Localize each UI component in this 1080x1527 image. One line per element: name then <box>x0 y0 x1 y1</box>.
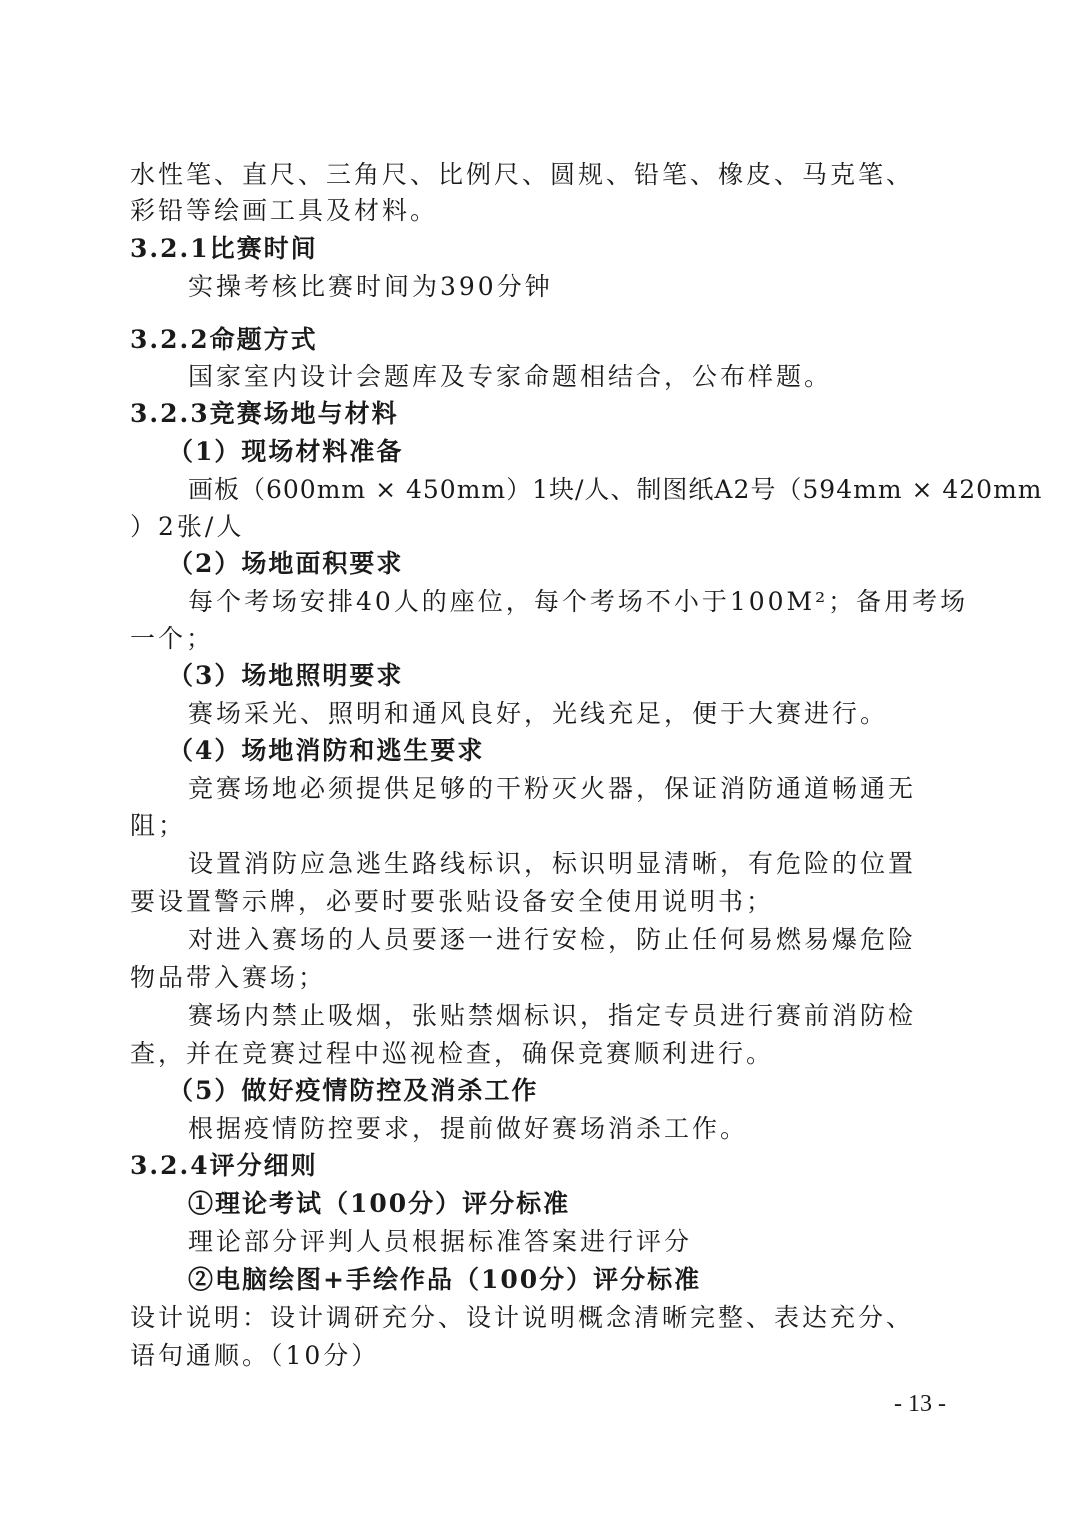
document-page: 水性笔、直尺、三角尺、比例尺、圆规、铅笔、橡皮、马克笔、 彩铅等绘画工具及材料。… <box>0 0 1080 1527</box>
text-line: 实操考核比赛时间为390分钟 <box>188 269 553 305</box>
subheading-fire-safety: （4）场地消防和逃生要求 <box>168 733 484 769</box>
text-line: 竞赛场地必须提供足够的干粉灭火器，保证消防通道畅通无 <box>188 771 916 807</box>
section-heading-3-2-3: 3.2.3竞赛场地与材料 <box>130 396 399 432</box>
text-line: 设置消防应急逃生路线标识，标识明显清晰，有危险的位置 <box>188 846 916 882</box>
text-line: 要设置警示牌，必要时要张贴设备安全使用说明书； <box>130 884 774 920</box>
text-line: 语句通顺。（10分） <box>130 1338 379 1374</box>
text-line: 对进入赛场的人员要逐一进行安检，防止任何易燃易爆危险 <box>188 922 916 958</box>
text-line: 根据疫情防控要求，提前做好赛场消杀工作。 <box>188 1111 748 1147</box>
text-line: 国家室内设计会题库及专家命题相结合，公布样题。 <box>188 359 832 395</box>
text-line: 彩铅等绘画工具及材料。 <box>130 193 438 229</box>
text-line: 设计说明：设计调研充分、设计说明概念清晰完整、表达充分、 <box>130 1300 914 1336</box>
numbered-heading-drawing: ②电脑绘图+手绘作品（100分）评分标准 <box>188 1262 701 1298</box>
text-line: 赛场内禁止吸烟，张贴禁烟标识，指定专员进行赛前消防检 <box>188 998 916 1034</box>
text-line: 一个； <box>130 621 214 657</box>
section-heading-3-2-2: 3.2.2命题方式 <box>130 322 318 358</box>
section-heading-3-2-1: 3.2.1比赛时间 <box>130 231 318 267</box>
numbered-heading-theory: ①理论考试（100分）评分标准 <box>188 1186 570 1222</box>
text-line: 每个考场安排40人的座位，每个考场不小于100M²；备用考场 <box>188 584 968 620</box>
text-line: 阻； <box>130 808 186 844</box>
page-number: - 13 - <box>894 1388 946 1420</box>
text-line: 查，并在竞赛过程中巡视检查，确保竞赛顺利进行。 <box>130 1036 774 1072</box>
subheading-epidemic: （5）做好疫情防控及消杀工作 <box>168 1073 538 1109</box>
text-line: 理论部分评判人员根据标准答案进行评分 <box>188 1224 692 1260</box>
section-heading-3-2-4: 3.2.4评分细则 <box>130 1148 318 1184</box>
subheading-area: （2）场地面积要求 <box>168 546 403 582</box>
subheading-lighting: （3）场地照明要求 <box>168 658 403 694</box>
text-line: 物品带入赛场； <box>130 960 326 996</box>
text-line: ）2张/人 <box>130 509 244 545</box>
text-line: 水性笔、直尺、三角尺、比例尺、圆规、铅笔、橡皮、马克笔、 <box>130 157 914 193</box>
subheading-materials: （1）现场材料准备 <box>168 434 403 470</box>
text-line: 赛场采光、照明和通风良好，光线充足，便于大赛进行。 <box>188 696 888 732</box>
text-line: 画板（600mm × 450mm）1块/人、制图纸A2号（594mm × 420… <box>188 472 1043 508</box>
